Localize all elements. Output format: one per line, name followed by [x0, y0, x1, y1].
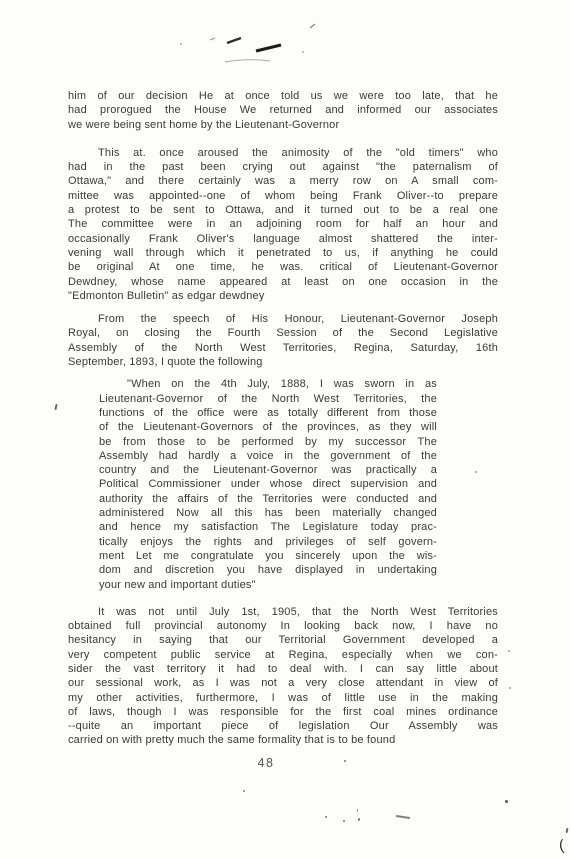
- scan-speck: [325, 816, 327, 818]
- scan-speck: [343, 820, 345, 822]
- paragraph: It was not until July 1st, 1905, that th…: [68, 605, 498, 748]
- page-text: him of our decision He at once told us w…: [68, 89, 498, 748]
- text-line: This at. once aroused the animosity of t…: [68, 146, 498, 160]
- scan-dash: [396, 815, 410, 819]
- scan-speck: [505, 800, 508, 803]
- scan-speck: [358, 818, 360, 821]
- paragraph: From the speech of His Honour, Lieutenan…: [68, 312, 498, 369]
- text-line: of the Lieutenant-Governors of the provi…: [99, 420, 437, 434]
- text-line: be from those to be performed by my succ…: [99, 435, 437, 449]
- text-line: very competent public service at Regina,…: [68, 648, 498, 662]
- paragraph: him of our decision He at once told us w…: [68, 89, 498, 132]
- scan-apostrophe: [566, 828, 569, 833]
- text-line: September, 1893, I quote the following: [68, 355, 498, 369]
- text-line: Dewdney, whose name appeared at least on…: [68, 275, 498, 289]
- text-line: had in the past been crying out against …: [68, 160, 498, 174]
- text-line: Ottawa," and there certainly was a merry…: [68, 174, 498, 188]
- scan-paren-mark: (: [558, 838, 565, 853]
- scan-speck: [357, 809, 358, 812]
- blockquote: "When on the 4th July, 1888, I was sworn…: [99, 377, 437, 591]
- page-number: 48: [68, 756, 464, 770]
- text-line: The committee were in an adjoining room …: [68, 217, 498, 231]
- text-line: obtained full provincial autonomy In loo…: [68, 619, 498, 633]
- text-line: ment Let me congratulate you sincerely u…: [99, 549, 437, 563]
- text-line: a protest to be sent to Ottawa, and it t…: [68, 203, 498, 217]
- text-line: Royal, on closing the Fourth Session of …: [68, 326, 498, 340]
- text-line: Assembly had hardly a voice in the gover…: [99, 449, 437, 463]
- text-line: "When on the 4th July, 1888, I was sworn…: [99, 377, 437, 391]
- text-line: our sessional work, as I was not a very …: [68, 676, 498, 690]
- text-line: Assembly of the North West Territories, …: [68, 341, 498, 355]
- text-line: dom and discretion you have displayed in…: [99, 563, 437, 577]
- text-line: Political Commissioner under whose direc…: [99, 477, 437, 491]
- text-line: sider the vast territory it had to deal …: [68, 662, 498, 676]
- left-margin-mark: [54, 404, 57, 410]
- text-line: Lieutenant-Governor of the North West Te…: [99, 392, 437, 406]
- text-line: of laws, though I was responsible for th…: [68, 705, 498, 719]
- text-line: vening wall through which it penetrated …: [68, 246, 498, 260]
- text-line: mittee was appointed--one of whom being …: [68, 189, 498, 203]
- pencil-smudge: [175, 22, 325, 67]
- text-line: my other activities, furthermore, I was …: [68, 691, 498, 705]
- text-line: authority the affairs of the Territories…: [99, 492, 437, 506]
- text-line: --quite an important piece of legislatio…: [68, 719, 498, 733]
- scanned-page: him of our decision He at once told us w…: [0, 0, 571, 858]
- scan-speck: [243, 790, 245, 792]
- text-line: we were being sent home by the Lieutenan…: [68, 118, 498, 132]
- scan-speck: [508, 650, 510, 652]
- text-line: From the speech of His Honour, Lieutenan…: [68, 312, 498, 326]
- text-line: carried on with pretty much the same for…: [68, 733, 498, 747]
- text-line: your new and important duties": [99, 578, 437, 592]
- text-line: had prorogued the House We returned and …: [68, 103, 498, 117]
- text-line: be original At one time, he was. critica…: [68, 260, 498, 274]
- text-line: him of our decision He at once told us w…: [68, 89, 498, 103]
- text-line: country and the Lieutenant-Governor was …: [99, 463, 437, 477]
- scan-speck: [509, 687, 511, 689]
- text-line: tically enjoys the rights and privileges…: [99, 535, 437, 549]
- text-line: hesitancy in saying that our Territorial…: [68, 633, 498, 647]
- text-line: functions of the office were as totally …: [99, 406, 437, 420]
- paragraph: This at. once aroused the animosity of t…: [68, 146, 498, 303]
- text-line: and hence my satisfaction The Legislatur…: [99, 520, 437, 534]
- text-line: "Edmonton Bulletin" as edgar dewdney: [68, 289, 498, 303]
- text-line: administered Now all this has been mater…: [99, 506, 437, 520]
- text-line: It was not until July 1st, 1905, that th…: [68, 605, 498, 619]
- text-line: occasionally Frank Oliver's language alm…: [68, 232, 498, 246]
